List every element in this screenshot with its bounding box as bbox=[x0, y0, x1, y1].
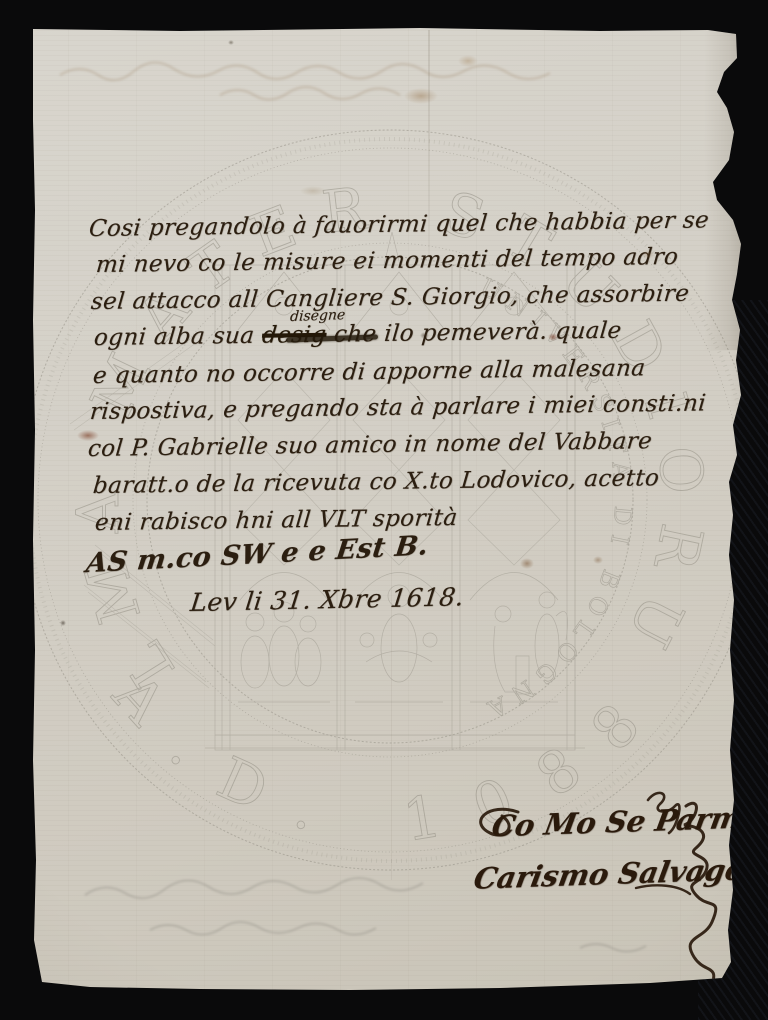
stain bbox=[228, 40, 234, 45]
manuscript-line-7: col P. Gabrielle suo amico in nome del V… bbox=[87, 430, 653, 461]
line4-after: che ilo pemeverà. quale bbox=[325, 318, 623, 348]
stain bbox=[520, 558, 534, 569]
closing-formula: AS m.co SW e e Est B. bbox=[85, 532, 430, 577]
manuscript-line-1: Cosi pregandolo à fauorirmi quel che hab… bbox=[88, 209, 710, 241]
manuscript-line-2: mi nevo co le misure ei momenti del temp… bbox=[95, 246, 679, 277]
dateline: Lev li 31. Xbre 1618. bbox=[189, 584, 466, 615]
ink-showthrough-top bbox=[60, 62, 550, 99]
scanned-manuscript-page: ALMA MATER STUDIORUM A.D. 1088 UNIVERSIT… bbox=[0, 0, 768, 1020]
stain bbox=[593, 556, 603, 564]
signature-line-1: Co Mo Se Parm bbox=[490, 804, 744, 842]
interline-insertion: disegne bbox=[290, 308, 346, 324]
line4-struck-word: desig bbox=[261, 322, 328, 349]
manuscript-line-5: e quanto no occorre di apporne alla male… bbox=[92, 357, 646, 388]
manuscript-line-3: sel attacco all Cangliere S. Giorgio, ch… bbox=[90, 283, 690, 314]
paper-crease bbox=[391, 320, 392, 880]
paper-crease bbox=[428, 30, 430, 320]
line4-before: ogni alba sua bbox=[93, 323, 263, 351]
stain bbox=[300, 186, 326, 196]
paper-sheet: ALMA MATER STUDIORUM A.D. 1088 UNIVERSIT… bbox=[0, 0, 768, 1020]
stain bbox=[60, 620, 66, 626]
stain bbox=[458, 55, 478, 67]
manuscript-line-8: baratt.o de la ricevuta co X.to Lodovico… bbox=[92, 467, 660, 498]
signature-line-2: Carismo Salvago bbox=[472, 855, 748, 894]
manuscript-line-6: rispostiva, e pregando sta à parlare i m… bbox=[89, 392, 707, 424]
stain bbox=[404, 88, 438, 104]
